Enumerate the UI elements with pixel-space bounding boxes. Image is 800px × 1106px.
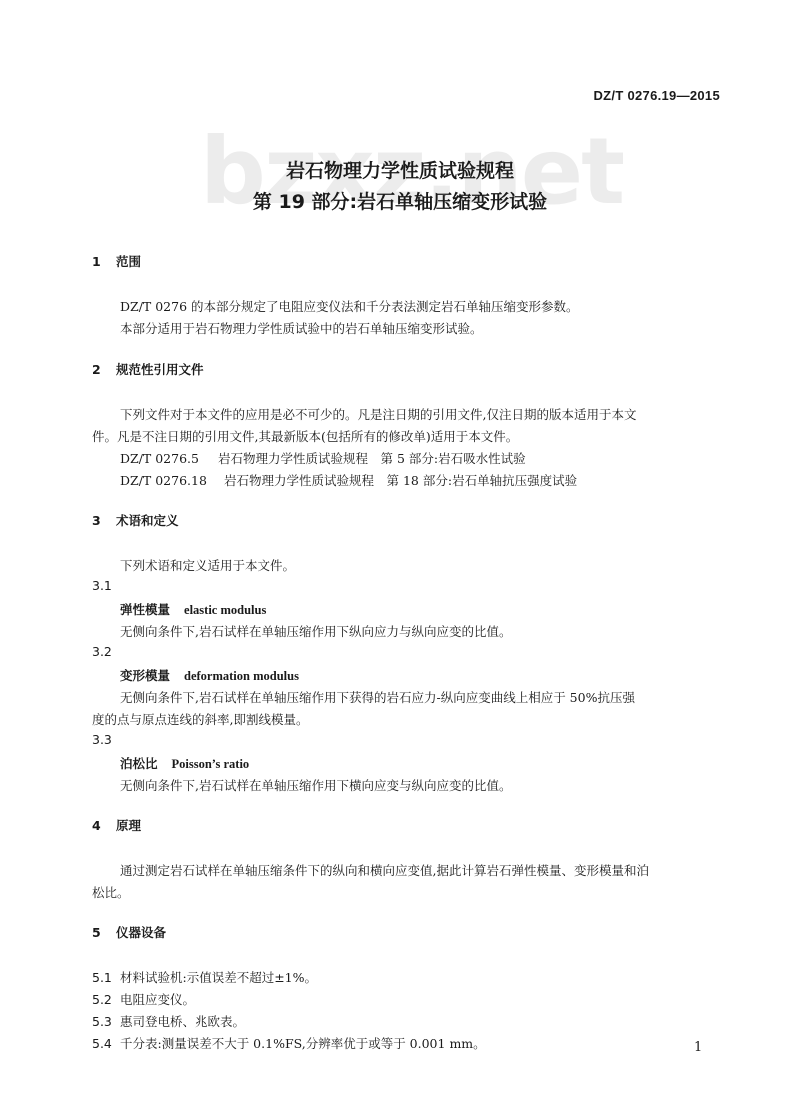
paragraph: 本部分适用于岩石物理力学性质试验中的岩石单轴压缩变形试验。 bbox=[120, 319, 483, 337]
section-title: 范围 bbox=[116, 254, 141, 269]
section-number: 1 bbox=[92, 254, 116, 269]
section-heading-normative-references: 2规范性引用文件 bbox=[92, 360, 204, 378]
term-number: 3.1 bbox=[92, 578, 112, 593]
document-subtitle: 第 19 部分:岩石单轴压缩变形试验 bbox=[0, 187, 800, 214]
item-number: 5.1 bbox=[92, 970, 120, 985]
term-zh: 弹性模量 bbox=[120, 602, 170, 617]
item-text: 惠司登电桥、兆欧表。 bbox=[120, 1014, 245, 1029]
term-zh: 泊松比 bbox=[120, 756, 158, 771]
term-number: 3.3 bbox=[92, 732, 112, 747]
section-title: 规范性引用文件 bbox=[116, 362, 204, 377]
item-number: 5.2 bbox=[92, 992, 120, 1007]
paragraph: DZ/T 0276 的本部分规定了电阻应变仪法和千分表法测定岩石单轴压缩变形参数… bbox=[120, 297, 579, 315]
document-title: 岩石物理力学性质试验规程 bbox=[0, 156, 800, 183]
section-number: 3 bbox=[92, 513, 116, 528]
term-definition: 无侧向条件下,岩石试样在单轴压缩作用下横向应变与纵向应变的比值。 bbox=[120, 776, 511, 794]
section-number: 5 bbox=[92, 925, 116, 940]
item-text: 电阻应变仪。 bbox=[120, 992, 195, 1007]
apparatus-item: 5.1材料试验机:示值误差不超过±1%。 bbox=[92, 968, 317, 986]
standard-code: DZ/T 0276.19—2015 bbox=[593, 88, 720, 103]
reference-title: 岩石物理力学性质试验规程 第 18 部分:岩石单轴抗压强度试验 bbox=[224, 473, 577, 488]
term-en: deformation modulus bbox=[184, 669, 299, 683]
reference-code: DZ/T 0276.5 bbox=[120, 451, 218, 466]
paragraph: 通过测定岩石试样在单轴压缩条件下的纵向和横向应变值,据此计算岩石弹性模量、变形模… bbox=[120, 861, 649, 879]
term-entry: 变形模量deformation modulus bbox=[120, 666, 299, 684]
term-en: elastic modulus bbox=[184, 603, 266, 617]
section-title: 原理 bbox=[116, 818, 141, 833]
reference-item: DZ/T 0276.5岩石物理力学性质试验规程 第 5 部分:岩石吸水性试验 bbox=[120, 449, 526, 467]
term-entry: 泊松比Poisson’s ratio bbox=[120, 754, 249, 772]
paragraph: 下列文件对于本文件的应用是必不可少的。凡是注日期的引用文件,仅注日期的版本适用于… bbox=[120, 405, 636, 423]
page-number: 1 bbox=[694, 1040, 702, 1055]
item-text: 千分表:测量误差不大于 0.1%FS,分辨率优于或等于 0.001 mm。 bbox=[120, 1036, 486, 1051]
term-definition: 无侧向条件下,岩石试样在单轴压缩作用下获得的岩石应力-纵向应变曲线上相应于 50… bbox=[120, 688, 635, 706]
item-text: 材料试验机:示值误差不超过±1%。 bbox=[120, 970, 317, 985]
apparatus-item: 5.2电阻应变仪。 bbox=[92, 990, 195, 1008]
term-en: Poisson’s ratio bbox=[172, 757, 250, 771]
item-number: 5.3 bbox=[92, 1014, 120, 1029]
section-title: 术语和定义 bbox=[116, 513, 179, 528]
paragraph: 下列术语和定义适用于本文件。 bbox=[120, 556, 295, 574]
section-heading-apparatus: 5仪器设备 bbox=[92, 923, 166, 941]
section-heading-scope: 1范围 bbox=[92, 252, 141, 270]
term-entry: 弹性模量elastic modulus bbox=[120, 600, 266, 618]
section-heading-terms-definitions: 3术语和定义 bbox=[92, 511, 179, 529]
reference-item: DZ/T 0276.18岩石物理力学性质试验规程 第 18 部分:岩石单轴抗压强… bbox=[120, 471, 577, 489]
apparatus-item: 5.3惠司登电桥、兆欧表。 bbox=[92, 1012, 245, 1030]
term-number: 3.2 bbox=[92, 644, 112, 659]
reference-code: DZ/T 0276.18 bbox=[120, 473, 224, 488]
reference-title: 岩石物理力学性质试验规程 第 5 部分:岩石吸水性试验 bbox=[218, 451, 526, 466]
section-heading-principle: 4原理 bbox=[92, 816, 141, 834]
paragraph-continuation: 松比。 bbox=[92, 883, 130, 901]
apparatus-item: 5.4千分表:测量误差不大于 0.1%FS,分辨率优于或等于 0.001 mm。 bbox=[92, 1034, 486, 1052]
paragraph-continuation: 件。凡是不注日期的引用文件,其最新版本(包括所有的修改单)适用于本文件。 bbox=[92, 427, 518, 445]
section-number: 4 bbox=[92, 818, 116, 833]
item-number: 5.4 bbox=[92, 1036, 120, 1051]
term-definition: 无侧向条件下,岩石试样在单轴压缩作用下纵向应力与纵向应变的比值。 bbox=[120, 622, 511, 640]
section-number: 2 bbox=[92, 362, 116, 377]
term-zh: 变形模量 bbox=[120, 668, 170, 683]
section-title: 仪器设备 bbox=[116, 925, 166, 940]
term-definition-continuation: 度的点与原点连线的斜率,即割线模量。 bbox=[92, 710, 308, 728]
